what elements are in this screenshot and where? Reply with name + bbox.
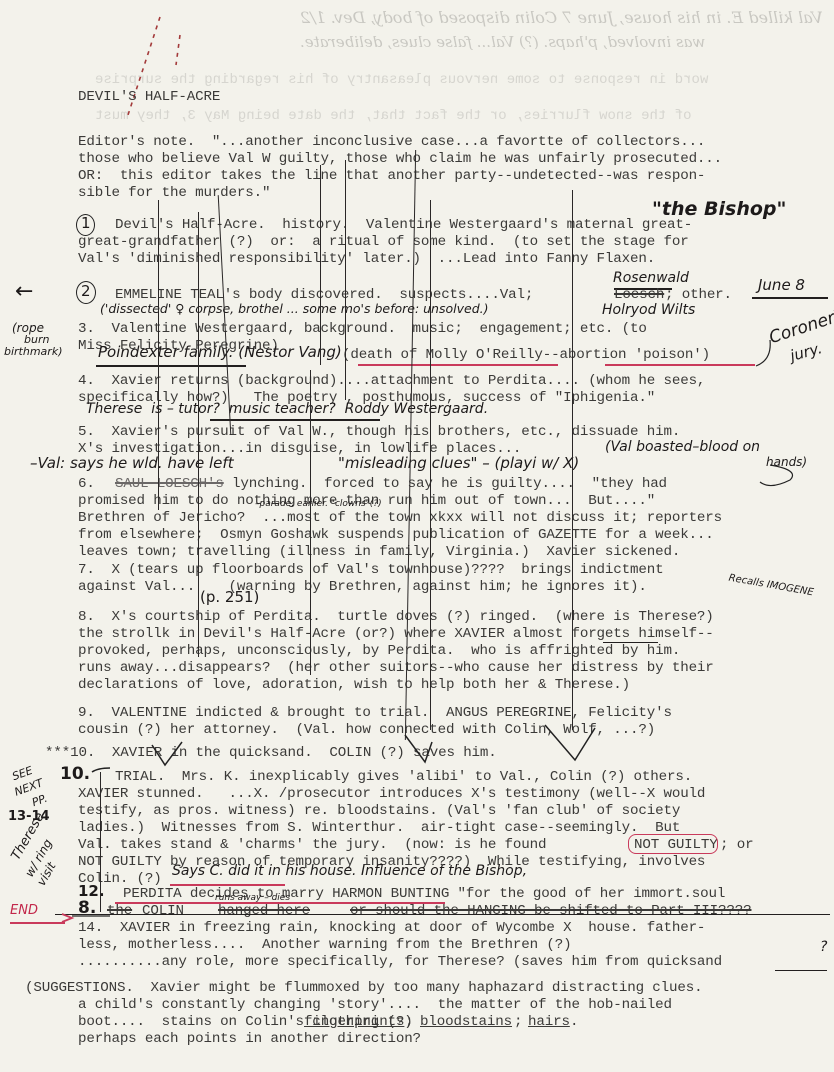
scanned-manuscript-page: Val killed E. in his house, June 7 Colin… bbox=[0, 0, 834, 1072]
arrowheads bbox=[0, 0, 834, 1072]
